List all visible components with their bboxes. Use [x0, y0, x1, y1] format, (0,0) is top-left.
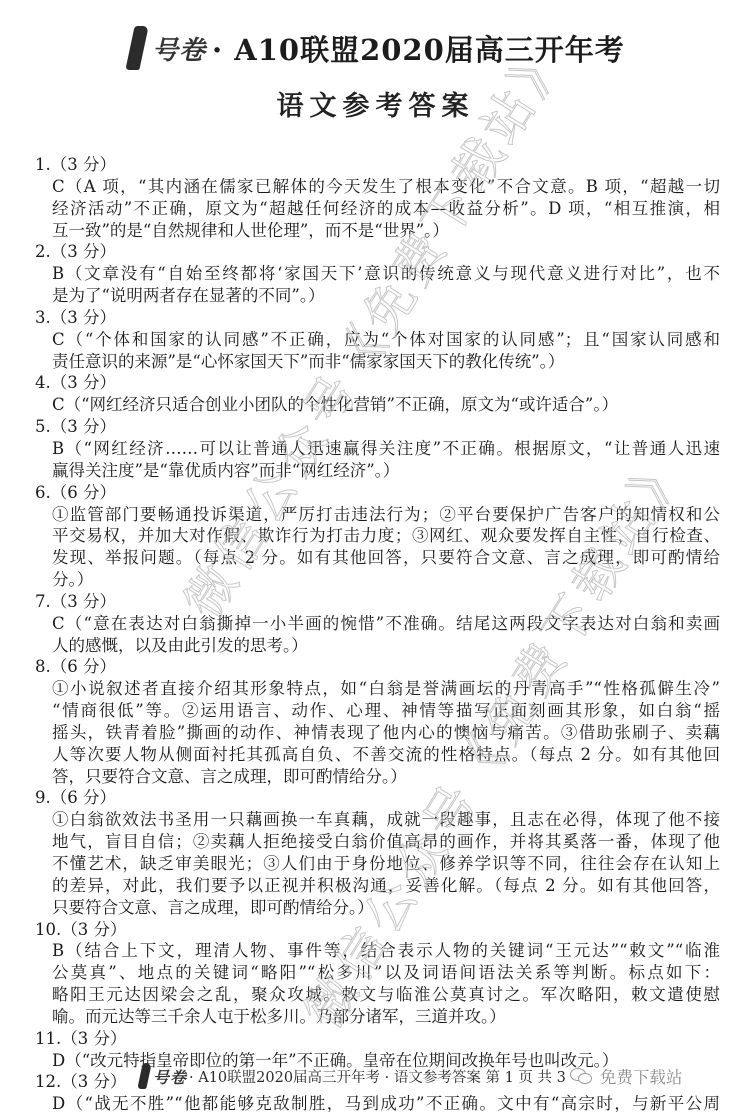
- answer-line: ①监管部门要畅通投诉渠道，严厉打击违法行为；②平台要保护广告客户的知情权和公: [52, 504, 720, 526]
- answer-line: C（“网红经济只适合创业小团队的个性化营销”不正确，原文为“或许适合”。）: [52, 394, 720, 416]
- page-header: 号卷 · A10联盟2020届高三开年考 语文参考答案: [0, 0, 751, 140]
- answer-line: C（“个体和国家的认同感”不正确，应为“个体对国家的认同感”；且“国家认同感和: [52, 329, 720, 351]
- answer-line: 略阳王元达因梁会之乱，聚众攻城。敕文与临淮公莫真讨之。军次略阳，敕文遣使慰: [52, 984, 720, 1006]
- answer-line: 不懂艺术，缺乏审美眼光；③人们由于身份地位、修养学识等不同，往往会存在认知上: [52, 853, 720, 875]
- answer-line: 人等次要人物从侧面衬托其孤高自负、不善交流的性格特点。（每点 2 分。如有其他回: [52, 744, 720, 766]
- answer-item: 5.（3 分） B（“网红经济……可以让普通人迅速赢得关注度”不正确。根据原文，…: [0, 416, 751, 482]
- answer-line: 只要符合文意、言之成理，即可酌情给分。）: [52, 897, 720, 919]
- question-label: 7.（3 分）: [0, 591, 751, 613]
- question-label: 11.（3 分）: [0, 1028, 751, 1050]
- answer-item: 2.（3 分） B（文章没有“自始至终都将‘家国天下’意识的传统意义与现代意义进…: [0, 241, 751, 307]
- brand-logo-icon: [125, 26, 148, 70]
- answer-text: B（“网红经济……可以让普通人迅速赢得关注度”不正确。根据原文，“让普通人迅速 …: [52, 438, 720, 482]
- answer-line: C（A 项，“其内涵在儒家已解体的今天发生了根本变化”不合文意。B 项，“超越一…: [52, 176, 720, 198]
- answer-line: B（结合上下文，理清人物、事件等，结合表示人物的关键词“王元达”“敕文”“临淮: [52, 940, 720, 962]
- answer-line: 地气，盲目自信；②卖藕人拒绝接受白翁价值高昂的画作，并将其奚落一番，体现了他: [52, 831, 720, 853]
- answer-text: B（文章没有“自始至终都将‘家国天下’意识的传统意义与现代意义进行对比”，也不 …: [52, 263, 720, 307]
- answer-list: 1.（3 分） C（A 项，“其内涵在儒家已解体的今天发生了根本变化”不合文意。…: [0, 154, 751, 1112]
- document-subtitle: 语文参考答案: [0, 84, 751, 123]
- exam-title-row: 号卷 · A10联盟2020届高三开年考: [130, 20, 625, 76]
- answer-line: 发现、举报问题。（每点 2 分。如有其他回答，只要符合文意、言之成理，即可酌情给: [52, 547, 720, 569]
- brand-logo-icon: [137, 1063, 152, 1089]
- answer-line: 喻。而元达等三千余人屯于松多川。乃部分诸军，三道并攻。）: [52, 1006, 720, 1028]
- question-label: 6.（6 分）: [0, 482, 751, 504]
- answer-line: 的差异，对此，我们要予以正视并积极沟通，妥善化解。（每点 2 分。如有其他回答，: [52, 875, 720, 897]
- question-label: 3.（3 分）: [0, 307, 751, 329]
- answer-line: B（文章没有“自始至终都将‘家国天下’意识的传统意义与现代意义进行对比”，也不: [52, 263, 720, 285]
- question-label: 9.（6 分）: [0, 787, 751, 809]
- answer-line: ①白翁欲效法书圣用一只藕画换一车真藕，成就一段趣事，且志在必得，体现了他不接: [52, 809, 720, 831]
- answer-text: B（结合上下文，理清人物、事件等，结合表示人物的关键词“王元达”“敕文”“临淮 …: [52, 940, 720, 1027]
- answer-line: 是为了“说明两者存在显著的不同”。）: [52, 285, 720, 307]
- answer-line: B（“网红经济……可以让普通人迅速赢得关注度”不正确。根据原文，“让普通人迅速: [52, 438, 720, 460]
- answer-item: 9.（6 分） ①白翁欲效法书圣用一只藕画换一车真藕，成就一段趣事，且志在必得，…: [0, 787, 751, 918]
- answer-text: C（“网红经济只适合创业小团队的个性化营销”不正确，原文为“或许适合”。）: [52, 394, 720, 416]
- answer-line: D（“战无不胜”“他都能够克敌制胜，马到成功”不正确。文中有“高宗时，与新平公周: [52, 1093, 720, 1112]
- question-label: 4.（3 分）: [0, 372, 751, 394]
- answer-item: 3.（3 分） C（“个体和国家的认同感”不正确，应为“个体对国家的认同感”；且…: [0, 307, 751, 373]
- answer-text: C（“个体和国家的认同感”不正确，应为“个体对国家的认同感”；且“国家认同感和 …: [52, 329, 720, 373]
- brand-name: 号卷: [153, 1065, 187, 1088]
- answer-item: 7.（3 分） C（“意在表达对白翁撕掉一小半画的惋惜”不准确。结尾这两段文字表…: [0, 591, 751, 657]
- answer-line: 赢得关注度”是“靠优质内容”而非“网红经济”。）: [52, 460, 720, 482]
- answer-item: 6.（6 分） ①监管部门要畅通投诉渠道，严厉打击违法行为；②平台要保护广告客户…: [0, 482, 751, 591]
- answer-line: ①小说叙述者直接介绍其形象特点，如“白翁是誉满画坛的丹青高手”“性格孤僻生冷”: [52, 678, 720, 700]
- answer-item: 4.（3 分） C（“网红经济只适合创业小团队的个性化营销”不正确，原文为“或许…: [0, 372, 751, 416]
- answer-line: 平交易权，并加大对作假、欺诈行为打击力度；③网红、观众要发挥自主性，自行检查、: [52, 525, 720, 547]
- answer-text: C（A 项，“其内涵在儒家已解体的今天发生了根本变化”不合文意。B 项，“超越一…: [52, 176, 720, 242]
- answer-item: 10.（3 分） B（结合上下文，理清人物、事件等，结合表示人物的关键词“王元达…: [0, 919, 751, 1028]
- question-label: 1.（3 分）: [0, 154, 751, 176]
- brand-name: 号卷: [152, 30, 206, 67]
- question-label: 5.（3 分）: [0, 416, 751, 438]
- answer-line: 经济活动”不正确，原文为“超越任何经济的成本—收益分析”。D 项，“相互推演，相: [52, 198, 720, 220]
- answer-line: “情商很低”等。②运用语言、动作、心理、神情等描写正面刻画其形象，如白翁“摇: [52, 700, 720, 722]
- answer-item: 8.（6 分） ①小说叙述者直接介绍其形象特点，如“白翁是誉满画坛的丹青高手”“…: [0, 656, 751, 787]
- answer-line: 互一致”的是“自然规律和人世伦理”，而不是“世界”。）: [52, 220, 720, 242]
- answer-item: 1.（3 分） C（A 项，“其内涵在儒家已解体的今天发生了根本变化”不合文意。…: [0, 154, 751, 241]
- exam-title: · A10联盟2020届高三开年考: [212, 28, 625, 69]
- question-label: 8.（6 分）: [0, 656, 751, 678]
- answer-text: C（“意在表达对白翁撕掉一小半画的惋惜”不准确。结尾这两段文字表达对白翁和卖画 …: [52, 613, 720, 657]
- answer-line: 责任意识的来源”是“心怀家国天下”而非“儒家家国天下的教化传统”。）: [52, 351, 720, 373]
- answer-line: 分。）: [52, 569, 720, 591]
- answer-line: 人的感慨，以及由此引发的思考。）: [52, 635, 720, 657]
- answer-text: ①小说叙述者直接介绍其形象特点，如“白翁是誉满画坛的丹青高手”“性格孤僻生冷” …: [52, 678, 720, 787]
- wechat-account-badge: 免费下载站: [570, 1064, 683, 1088]
- answer-text: ①监管部门要畅通投诉渠道，严厉打击违法行为；②平台要保护广告客户的知情权和公 平…: [52, 504, 720, 591]
- page-footer: 号卷 · A10联盟2020届高三开年考 · 语文参考答案 第 1 页 共 3 …: [140, 1062, 682, 1090]
- question-label: 2.（3 分）: [0, 241, 751, 263]
- answer-line: 摇头，铁青着脸”撕画的动作、神情表现了他内心的懊恼与痛苦。③借助张刷子、卖藕: [52, 722, 720, 744]
- question-label: 10.（3 分）: [0, 919, 751, 941]
- answer-line: C（“意在表达对白翁撕掉一小半画的惋惜”不准确。结尾这两段文字表达对白翁和卖画: [52, 613, 720, 635]
- wechat-icon: [570, 1068, 592, 1084]
- answer-line: 公莫真”、地点的关键词“略阳”“松多川”以及词语间语法关系等判断。标点如下：: [52, 962, 720, 984]
- wechat-account-name: 免费下载站: [600, 1064, 683, 1088]
- answer-text: ①白翁欲效法书圣用一只藕画换一车真藕，成就一段趣事，且志在必得，体现了他不接 地…: [52, 809, 720, 918]
- answer-line: 答，只要符合文意、言之成理，即可酌情给分。）: [52, 766, 720, 788]
- answer-text: D（“战无不胜”“他都能够克敌制胜，马到成功”不正确。文中有“高宗时，与新平公周: [52, 1093, 720, 1112]
- footer-page-info: · A10联盟2020届高三开年考 · 语文参考答案 第 1 页 共 3: [189, 1066, 566, 1087]
